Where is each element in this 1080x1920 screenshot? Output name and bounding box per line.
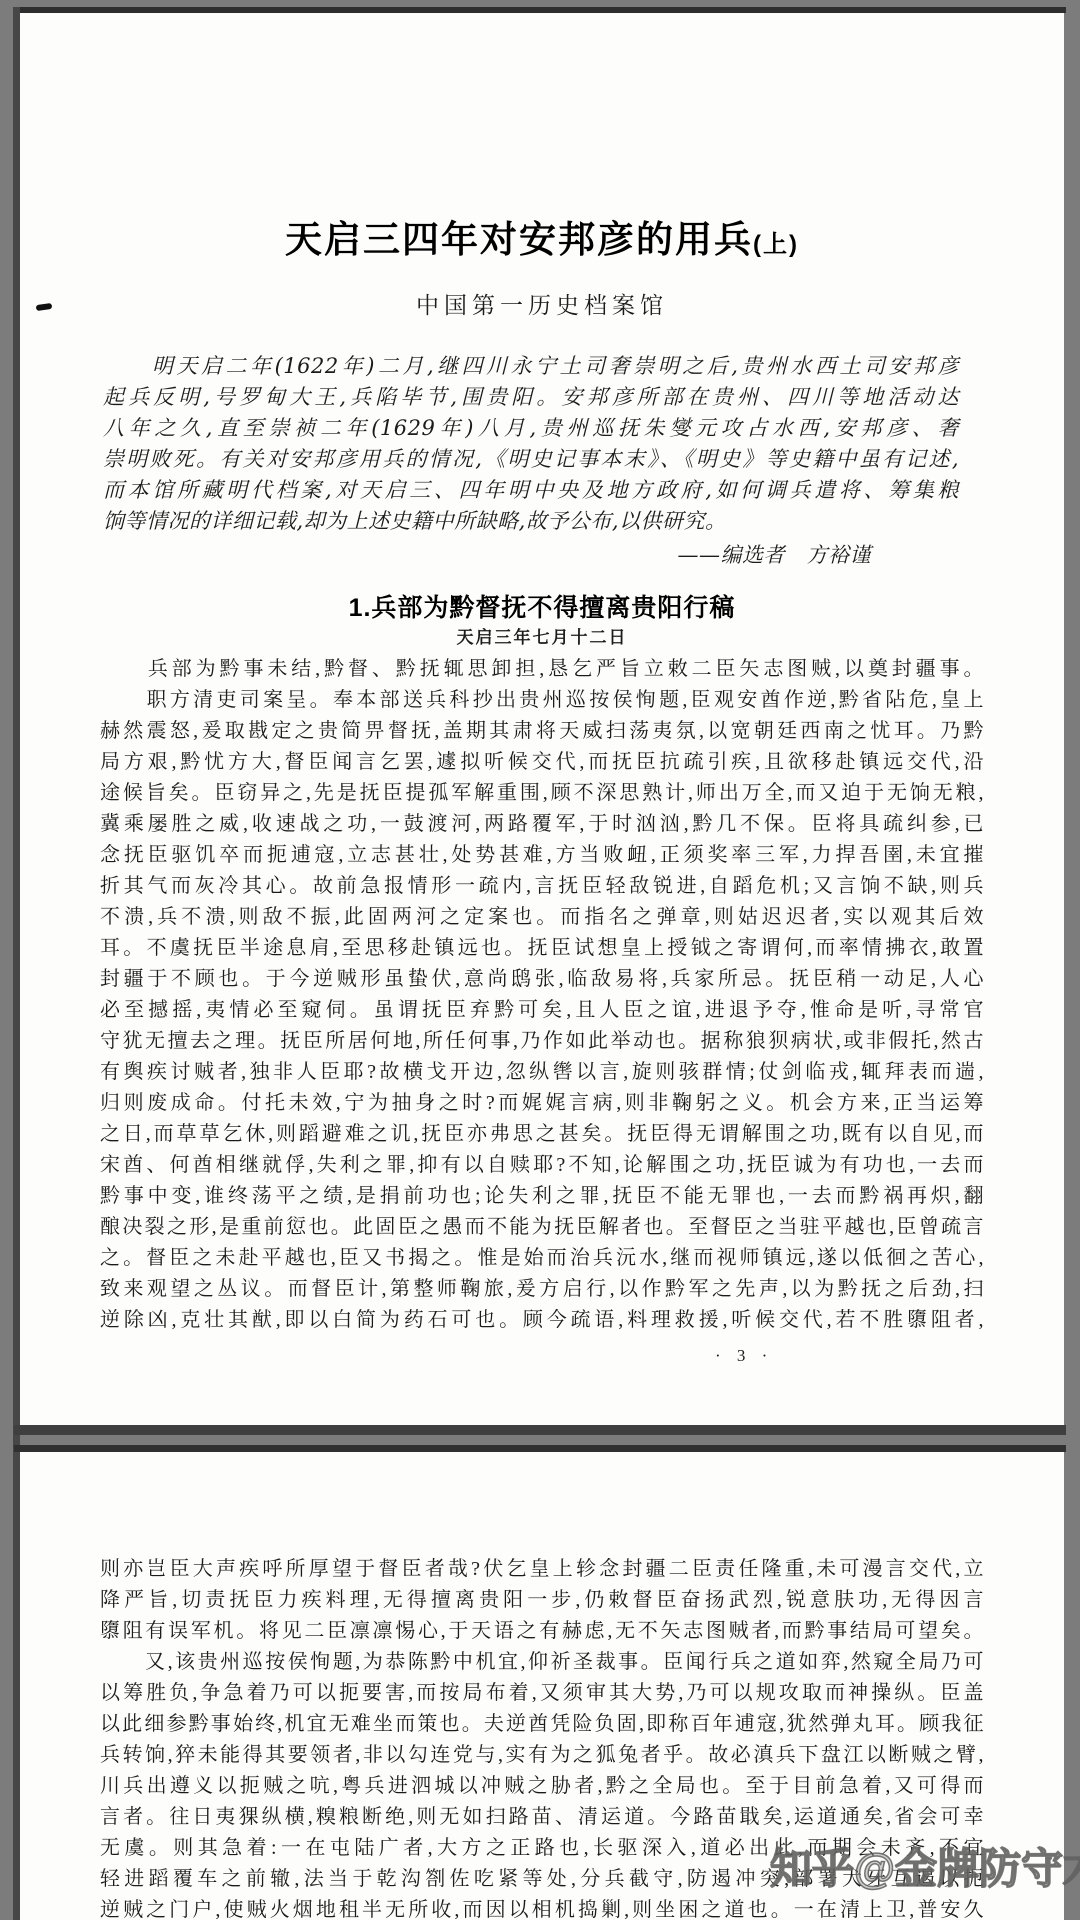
body-text-page1: 兵部为黔事未结,黔督、黔抚辄思卸担,恳乞严旨立敕二臣矢志图贼,以奠封疆事。 职方… bbox=[100, 654, 984, 1336]
text-line: 明天启二年(1622年)二月,继四川永宁土司奢崇明之后,贵州水西土司安邦彦 bbox=[103, 351, 959, 382]
text-line: 念抚臣驱饥卒而扼逋寇,立志甚壮,处势甚难,方当败衄,正须奖率三军,力捍吾圉,未宜… bbox=[100, 840, 984, 871]
text-line: 途候旨矣。臣窃异之,先是抚臣提孤军解重围,顾不深思熟计,师出万全,而又迫于无饷无… bbox=[100, 778, 984, 809]
scan-edge-top bbox=[14, 7, 1066, 13]
watermark: 知乎@金牌防守术 bbox=[770, 1836, 1080, 1896]
text-line: 守犹无擅去之理。抚臣所居何地,所任何事,乃作如此举动也。据称狼狈病状,或非假托,… bbox=[100, 1026, 984, 1057]
section-title: 1.兵部为黔督抚不得擅离贵阳行稿 bbox=[20, 588, 1064, 624]
text-line: 不溃,兵不溃,则敌不振,此固两河之定案也。而指名之弹章,则姑迟迟者,实以观其后效 bbox=[100, 902, 984, 933]
text-line: 兵转饷,猝未能得其要领者,非以勾连党与,实有为之狐兔者乎。故必滇兵下盘江以断贼之… bbox=[100, 1740, 984, 1771]
text-line: 之。督臣之未赴平越也,臣又书揭之。惟是始而治兵沅水,继而视师镇远,遂以低徊之苦心… bbox=[100, 1243, 984, 1274]
text-line: 赫然震怒,爰取戡定之贵简畀督抚,盖期其肃将天威扫荡夷氛,以宽朝廷西南之忧耳。乃黔 bbox=[100, 716, 984, 747]
scan-edge-page2-top bbox=[14, 1445, 1066, 1452]
text-line: 兵部为黔事未结,黔督、黔抚辄思卸担,恳乞严旨立敕二臣矢志图贼,以奠封疆事。 bbox=[100, 654, 984, 685]
text-line: 有舆疾讨贼者,独非人臣耶?故横戈开边,忽纵辔以言,旋则骇群情;仗剑临戎,辄拜表而… bbox=[100, 1057, 984, 1088]
text-line: 八年之久,直至崇祯二年(1629年)八月,贵州巡抚朱燮元攻占水西,安邦彦、奢 bbox=[103, 413, 959, 444]
section-date: 天启三年七月十二日 bbox=[20, 623, 1064, 648]
text-line: 降严旨,切责抚臣力疾料理,无得擅离贵阳一步,仍敕督臣奋扬武烈,锐意肤功,无得因言 bbox=[100, 1585, 984, 1616]
document-title-text: 天启三四年对安邦彦的用兵 bbox=[285, 219, 753, 260]
text-line: 而本馆所藏明代档案,对天启三、四年明中央及地方政府,如何调兵遣将、筹集粮 bbox=[103, 475, 959, 506]
document-viewer: 天启三四年对安邦彦的用兵(上) 中国第一历史档案馆 明天启二年(1622年)二月… bbox=[0, 0, 1080, 1920]
intro-last-line: 饷等情况的详细记载,却为上述史籍中所缺略,故予公布,以供研究。 bbox=[103, 506, 959, 537]
page-number: · 3 · bbox=[715, 1346, 773, 1366]
text-line: 又,该贵州巡按侯恂题,为恭陈黔中机宜,仰祈圣裁事。臣闻行兵之道如弈,然窥全局乃可 bbox=[100, 1647, 984, 1678]
text-line: 局方艰,黔忧方大,督臣闻言乞罢,遽拟听候交代,而抚臣抗疏引疾,且欲移赴镇远交代,… bbox=[100, 747, 984, 778]
text-line: 逆贼之门户,使贼火烟地租半无所收,而因以相机捣剿,则坐困之道也。一在清上卫,普安… bbox=[100, 1895, 984, 1920]
text-line: 川兵出遵义以扼贼之吭,粤兵进泗城以冲贼之胁者,黔之全局也。至于目前急着,又可得而 bbox=[100, 1771, 984, 1802]
text-line: 归则废成命。付托未效,宁为抽身之时?而娓娓言病,则非鞠躬之义。机会方来,正当运筹 bbox=[100, 1088, 984, 1119]
text-line: 黔事中变,谁终荡平之绩,是捐前功也;论失利之罪,抚臣不能无罪也,一去而黔祸再炽,… bbox=[100, 1181, 984, 1212]
text-line: 崇明败死。有关对安邦彦用兵的情况,《明史记事本末》、《明史》等史籍中虽有记述, bbox=[103, 444, 959, 475]
text-line: 则亦岂臣大声疾呼所厚望于督臣者哉?伏乞皇上轸念封疆二臣责任隆重,未可漫言交代,立 bbox=[100, 1554, 984, 1585]
text-line: 致来观望之丛议。而督臣计,第整师鞠旅,爰方启行,以作黔军之先声,以为黔抚之后劲,… bbox=[100, 1274, 984, 1305]
text-line: 以此细参黔事始终,机宜无难坐而策也。夫逆酋凭险负固,即称百年逋寇,犹然弹丸耳。顾… bbox=[100, 1709, 984, 1740]
text-line: 隳阻有误军机。将见二臣凛凛惕心,于天语之有赫虑,无不矢志图贼者,而黔事结局可望矣… bbox=[100, 1616, 984, 1647]
text-line: 言者。往日夷猓纵横,糗粮断绝,则无如扫路苗、清运道。今路苗戢矣,运道通矣,省会可… bbox=[100, 1802, 984, 1833]
scan-edge-left bbox=[13, 7, 20, 1920]
scan-edge-page1-bottom bbox=[14, 1425, 1066, 1435]
text-line: 折其气而灰冷其心。故前急报情形一疏内,言抚臣轻敌锐进,自蹈危机;又言饷不缺,则兵 bbox=[100, 871, 984, 902]
text-line: 起兵反明,号罗甸大王,兵陷毕节,围贵阳。安邦彦所部在贵州、四川等地活动达 bbox=[103, 382, 959, 413]
text-line: 酿决裂之形,是重前愆也。此固臣之愚而不能为抚臣解者也。至督臣之当驻平越也,臣曾疏… bbox=[100, 1212, 984, 1243]
text-line: 耳。不虞抚臣半途息肩,至思移赴镇远也。抚臣试想皇上授钺之寄谓何,而率情拂衣,敢置 bbox=[100, 933, 984, 964]
text-line: 冀乘屡胜之威,收速战之功,一鼓渡河,两路覆军,于时汹汹,黔几不保。臣将具疏纠参,… bbox=[100, 809, 984, 840]
text-line: 封疆于不顾也。于今逆贼形虽蛰伏,意尚鸱张,临敌易将,兵家所忌。抚臣稍一动足,人心 bbox=[100, 964, 984, 995]
intro-paragraph: 明天启二年(1622年)二月,继四川永宁土司奢崇明之后,贵州水西土司安邦彦起兵反… bbox=[103, 351, 959, 506]
text-line: 职方清吏司案呈。奉本部送兵科抄出贵州巡按侯恂题,臣观安酋作逆,黔省阽危,皇上 bbox=[100, 685, 984, 716]
editor-attribution: ——编选者 方裕谨 bbox=[103, 540, 959, 571]
text-line: 宋酋、何酋相继就俘,失利之罪,抑有以自赎耶?不知,论解围之功,抚臣诚为有功也,一… bbox=[100, 1150, 984, 1181]
document-title-suffix: (上) bbox=[753, 231, 799, 258]
text-line: 逆除凶,克壮其猷,即以白简为药石可也。顾今疏语,料理救援,听候交代,若不胜隳阻者… bbox=[100, 1305, 984, 1336]
document-title: 天启三四年对安邦彦的用兵(上) bbox=[20, 209, 1064, 263]
text-line: 必至撼摇,夷情必至窥伺。虽谓抚臣弃黔可矣,且人臣之谊,进退予夺,惟命是听,寻常官 bbox=[100, 995, 984, 1026]
scanned-page-1: 天启三四年对安邦彦的用兵(上) 中国第一历史档案馆 明天启二年(1622年)二月… bbox=[20, 13, 1064, 1425]
text-line: 之日,而草草乞休,则蹈避难之讥,抚臣亦弗思之甚矣。抚臣得无谓解围之功,既有以自见… bbox=[100, 1119, 984, 1150]
text-line: 以筹胜负,争急着乃可以扼要害,而按局布着,又须审其大势,乃可以规攻取而神操纵。臣… bbox=[100, 1678, 984, 1709]
document-author: 中国第一历史档案馆 bbox=[20, 287, 1064, 320]
